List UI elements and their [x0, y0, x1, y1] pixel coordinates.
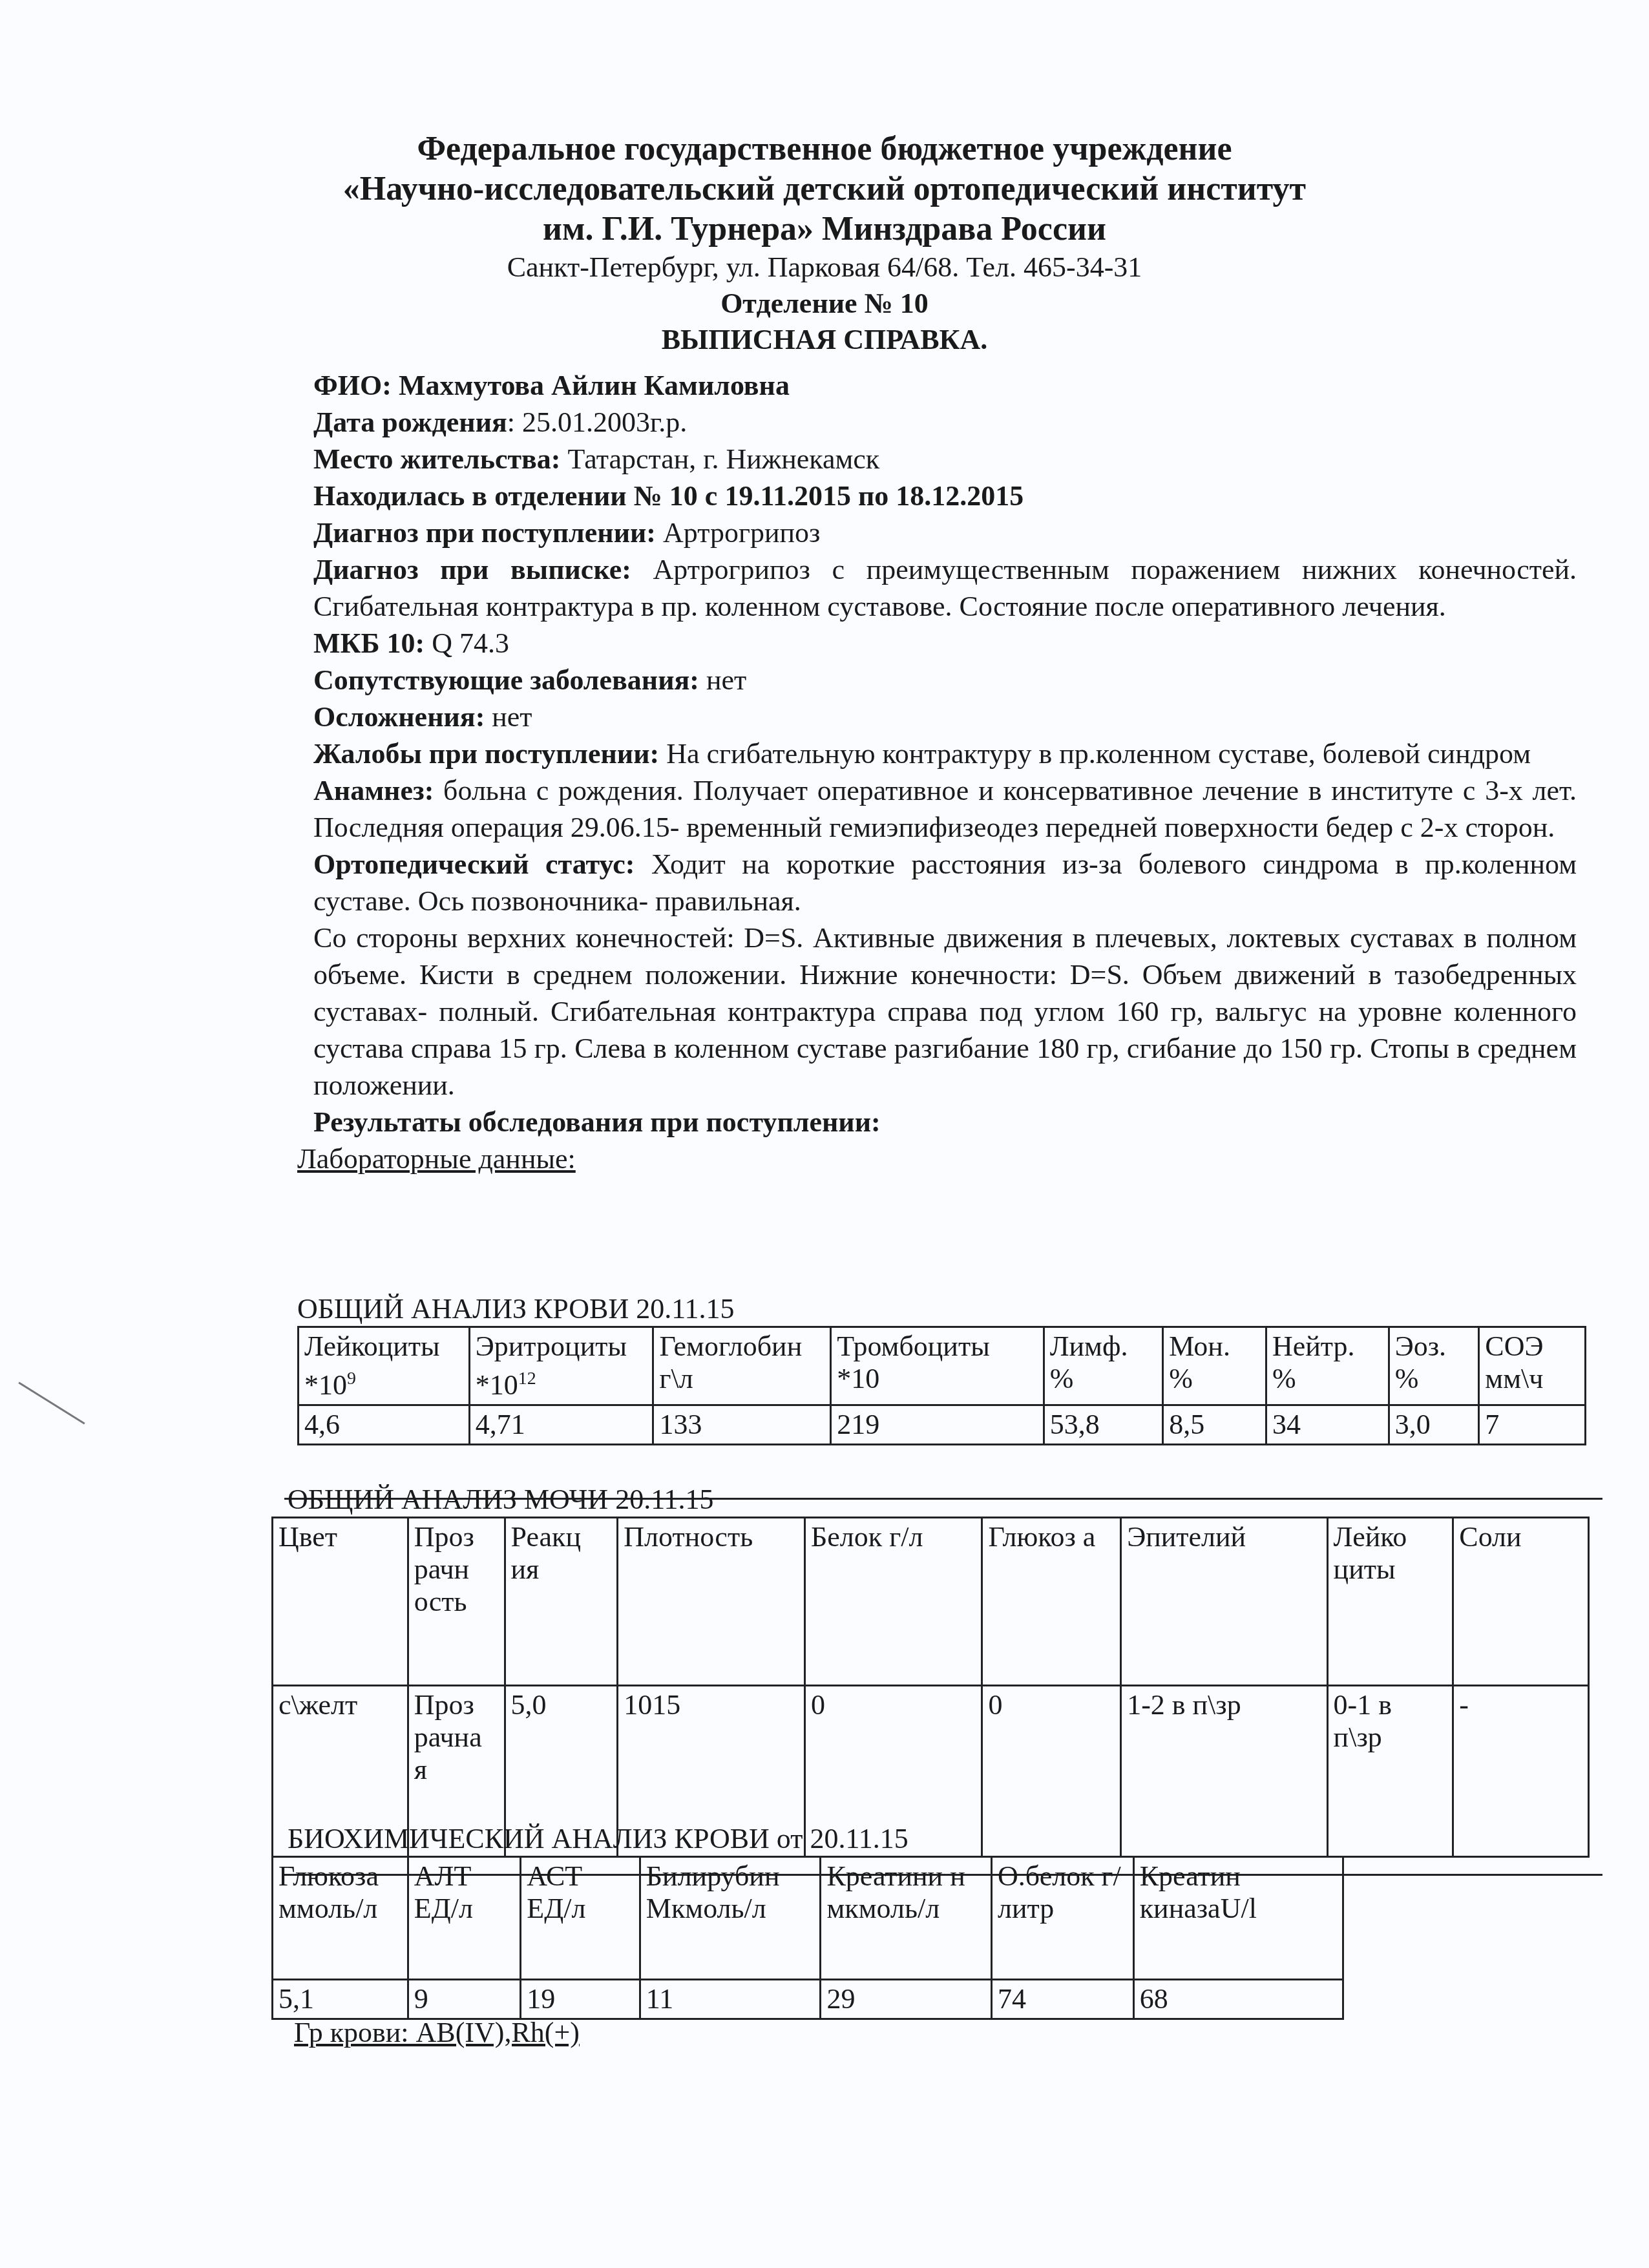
admit-dx-value: Артрогрипоз [656, 517, 820, 549]
comorbid-value: нет [699, 664, 746, 696]
discharge-diagnosis: Диагноз при выписке: Артрогрипоз с преим… [313, 551, 1577, 625]
orthopedic-status: Ортопедический статус: Ходит на короткие… [313, 846, 1577, 919]
urine-header-cell: Белок г/л [805, 1518, 982, 1686]
urine-header-cell: Эпителий [1121, 1518, 1327, 1686]
blood-value-cell: 219 [831, 1405, 1044, 1444]
admit-dx-label: Диагноз при поступлении: [313, 517, 656, 549]
complications-label: Осложнения: [313, 701, 485, 733]
urine-test-section: ОБЩИЙ АНАЛИЗ МОЧИ 20.11.15 ЦветПроз рачн… [271, 1483, 1590, 1858]
urine-test-title: ОБЩИЙ АНАЛИЗ МОЧИ 20.11.15 [288, 1483, 1590, 1517]
blood-value-cell: 7 [1479, 1405, 1586, 1444]
admission-diagnosis: Диагноз при поступлении: Артрогрипоз [313, 514, 1577, 551]
results-title: Результаты обследования при поступлении: [313, 1104, 1577, 1140]
blood-value-cell: 3,0 [1389, 1405, 1479, 1444]
icd-value: Q 74.3 [425, 627, 509, 659]
urine-header-cell: Лейко циты [1327, 1518, 1453, 1686]
blood-header-cell: Эритроциты *1012 [469, 1327, 653, 1405]
anamnesis-label: Анамнез: [313, 775, 434, 806]
blood-group: Гр крови: AB(IV),Rh(+) [294, 2016, 580, 2049]
complaints: Жалобы при поступлении: На сгибательную … [313, 735, 1577, 772]
biochem-header-cell: АЛТ ЕД/л [408, 1857, 521, 1980]
blood-value-cell: 53,8 [1044, 1405, 1163, 1444]
biochem-header-cell: Креатин киназаU/l [1133, 1857, 1343, 1980]
exponent: 9 [347, 1369, 356, 1389]
complaints-label: Жалобы при поступлении: [313, 738, 659, 770]
dob-value: : 25.01.2003г.р. [507, 406, 687, 438]
document-body: ФИО: Махмутова Айлин Камиловна Дата рожд… [313, 367, 1577, 1177]
exponent: 12 [518, 1369, 536, 1389]
discharge-document: Федеральное государственное бюджетное уч… [0, 0, 1649, 2268]
blood-header-cell: Эоз. % [1389, 1327, 1479, 1405]
anamnesis-value: больна с рождения. Получает оперативное … [313, 775, 1577, 843]
urine-header-cell: Глюкоз а [982, 1518, 1121, 1686]
biochem-title: БИОХИМИЧЕСКИЙ АНАЛИЗ КРОВИ от 20.11.15 [288, 1822, 1344, 1856]
biochem-section: БИОХИМИЧЕСКИЙ АНАЛИЗ КРОВИ от 20.11.15 Г… [271, 1822, 1344, 2020]
biochem-value-cell: 68 [1133, 1980, 1343, 2019]
biochem-value-cell: 9 [408, 1980, 521, 2019]
biochem-value-cell: 74 [992, 1980, 1134, 2019]
limbs-status: Со стороны верхних конечностей: D=S. Акт… [313, 919, 1577, 1104]
urine-test-table: ЦветПроз рачн остьРеакц ияПлотностьБелок… [271, 1517, 1590, 1858]
blood-test-section: ОБЩИЙ АНАЛИЗ КРОВИ 20.11.15 Лейкоциты *1… [297, 1292, 1586, 1445]
urine-header-cell: Плотность [618, 1518, 805, 1686]
institution-line-2: «Научно-исследовательский детский ортопе… [0, 169, 1649, 209]
biochem-header-row: Глюкоза ммоль/лАЛТ ЕД/лАСТ ЕД/лБилирубин… [273, 1857, 1343, 1980]
blood-value-cell: 34 [1266, 1405, 1389, 1444]
biochem-value-cell: 19 [521, 1980, 640, 2019]
blood-header-cell: Тромбоциты *10 [831, 1327, 1044, 1405]
institution-line-1: Федеральное государственное бюджетное уч… [0, 129, 1649, 169]
biochem-value-cell: 5,1 [273, 1980, 408, 2019]
complaints-value: На сгибательную контрактуру в пр.коленно… [659, 738, 1531, 770]
blood-header-cell: Нейтр. % [1266, 1327, 1389, 1405]
residence-value: Татарстан, г. Нижнекамск [561, 443, 880, 475]
blood-value-row: 4,64,7113321953,88,5343,07 [299, 1405, 1586, 1444]
complications-value: нет [485, 701, 532, 733]
blood-test-table: Лейкоциты *109Эритроциты *1012Гемоглобин… [297, 1326, 1586, 1445]
institution-line-3: им. Г.И. Турнера» Минздрава России [0, 209, 1649, 249]
residence: Место жительства: Татарстан, г. Нижнекам… [313, 441, 1577, 478]
biochem-table: Глюкоза ммоль/лАЛТ ЕД/лАСТ ЕД/лБилирубин… [271, 1856, 1344, 2020]
blood-value-cell: 4,6 [299, 1405, 470, 1444]
blood-header-cell: Мон. % [1163, 1327, 1266, 1405]
icd-label: МКБ 10: [313, 627, 425, 659]
icd-code: МКБ 10: Q 74.3 [313, 625, 1577, 662]
urine-header-cell: Цвет [273, 1518, 408, 1686]
lab-subtitle: Лабораторные данные: [297, 1140, 1577, 1177]
institution-address: Санкт-Петербург, ул. Парковая 64/68. Тел… [0, 249, 1649, 286]
biochem-value-cell: 11 [640, 1980, 821, 2019]
complications: Осложнения: нет [313, 698, 1577, 735]
urine-header-row: ЦветПроз рачн остьРеакц ияПлотностьБелок… [273, 1518, 1589, 1686]
fio-label: ФИО: [313, 370, 399, 401]
document-title: ВЫПИСНАЯ СПРАВКА. [0, 322, 1649, 358]
blood-header-cell: Лейкоциты *109 [299, 1327, 470, 1405]
institution-header: Федеральное государственное бюджетное уч… [0, 129, 1649, 358]
blood-value-cell: 4,71 [469, 1405, 653, 1444]
anamnesis: Анамнез: больна с рождения. Получает опе… [313, 772, 1577, 846]
urine-header-cell: Соли [1453, 1518, 1589, 1686]
department: Отделение № 10 [0, 286, 1649, 322]
biochem-value-row: 5,191911297468 [273, 1980, 1343, 2019]
comorbidities: Сопутствующие заболевания: нет [313, 662, 1577, 698]
blood-header-cell: СОЭ мм\ч [1479, 1327, 1586, 1405]
biochem-header-cell: О.белок г/литр [992, 1857, 1134, 1980]
blood-header-cell: Лимф. % [1044, 1327, 1163, 1405]
biochem-header-cell: АСТ ЕД/л [521, 1857, 640, 1980]
fio-value: Махмутова Айлин Камиловна [399, 370, 790, 401]
dob-label: Дата рождения [313, 406, 507, 438]
urine-header-cell: Проз рачн ость [408, 1518, 505, 1686]
biochem-value-cell: 29 [821, 1980, 992, 2019]
blood-header-row: Лейкоциты *109Эритроциты *1012Гемоглобин… [299, 1327, 1586, 1405]
biochem-header-cell: Креатини н мкмоль/л [821, 1857, 992, 1980]
biochem-header-cell: Билирубин Мкмоль/л [640, 1857, 821, 1980]
discharge-dx-label: Диагноз при выписке: [313, 554, 631, 585]
stay-period: Находилась в отделении № 10 с 19.11.2015… [313, 478, 1577, 514]
biochem-header-cell: Глюкоза ммоль/л [273, 1857, 408, 1980]
comorbid-label: Сопутствующие заболевания: [313, 664, 699, 696]
birth-date: Дата рождения: 25.01.2003г.р. [313, 404, 1577, 441]
blood-header-cell: Гемоглобин г\л [653, 1327, 831, 1405]
patient-name: ФИО: Махмутова Айлин Камиловна [313, 367, 1577, 404]
blood-value-cell: 133 [653, 1405, 831, 1444]
urine-value-cell: 0-1 в п\зр [1327, 1686, 1453, 1857]
urine-value-cell: - [1453, 1686, 1589, 1857]
scan-mark [18, 1381, 85, 1424]
urine-header-cell: Реакц ия [505, 1518, 618, 1686]
ortho-label: Ортопедический статус: [313, 848, 635, 880]
blood-value-cell: 8,5 [1163, 1405, 1266, 1444]
blood-test-title: ОБЩИЙ АНАЛИЗ КРОВИ 20.11.15 [297, 1292, 1586, 1326]
residence-label: Место жительства: [313, 443, 561, 475]
